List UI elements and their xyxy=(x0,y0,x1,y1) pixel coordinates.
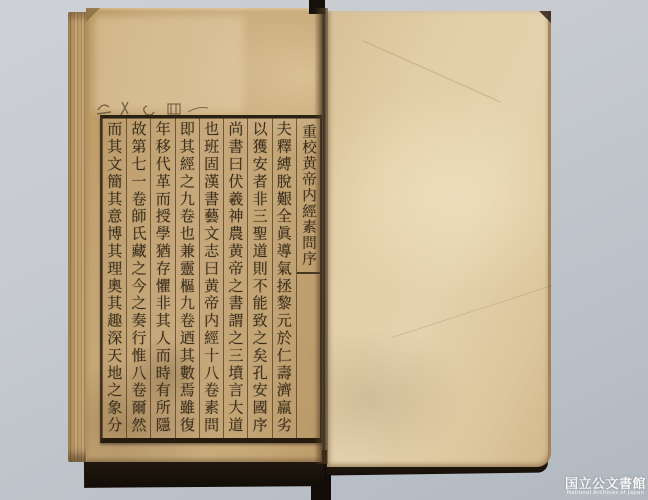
corner-fold xyxy=(86,8,100,22)
text-column: 也班固漢書藝文志曰黄帝内經十八卷素問 xyxy=(199,118,223,438)
archival-photo-background: 重校黄帝内經素問序 夫釋縛脫艱全眞導氣拯黎元於仁壽濟羸劣 以獲安者非三聖道則不能… xyxy=(0,0,648,500)
text-columns: 重校黄帝内經素問序 夫釋縛脫艱全眞導氣拯黎元於仁壽濟羸劣 以獲安者非三聖道則不能… xyxy=(102,118,320,438)
left-page: 重校黄帝内經素問序 夫釋縛脫艱全眞導氣拯黎元於仁壽濟羸劣 以獲安者非三聖道則不能… xyxy=(86,8,322,462)
woodblock-text-frame: 重校黄帝内經素問序 夫釋縛脫艱全眞導氣拯黎元於仁壽濟羸劣 以獲安者非三聖道則不能… xyxy=(100,115,322,443)
text-column: 尚書曰伏羲神農黄帝之書謂之三墳言大道 xyxy=(223,118,247,438)
text-column: 故第七一卷師氏藏之今之奏行惟八卷爾然 xyxy=(126,118,150,438)
archive-watermark: 国立公文書館 National Archives of Japan xyxy=(565,478,646,497)
right-page-blank xyxy=(327,11,551,467)
paper-crease xyxy=(391,285,553,338)
watermark-japanese-text: 国立公文書館 xyxy=(565,478,646,492)
text-column: 夫釋縛脫艱全眞導氣拯黎元於仁壽濟羸劣 xyxy=(272,118,296,438)
text-column: 即其經之九卷也兼靈樞九卷迺其數焉雖復 xyxy=(175,118,199,438)
cover-corner-notch xyxy=(539,11,551,23)
page-gutter-shadow xyxy=(314,8,328,464)
watermark-english-text: National Archives of Japan xyxy=(565,491,646,497)
text-column: 而其文簡其意博其理奧其趣深天地之象分 xyxy=(102,118,126,438)
text-column: 以獲安者非三聖道則不能致之矣孔安國序 xyxy=(247,118,271,438)
text-column: 年移代革而授學猶存懼非其人而時有所隱 xyxy=(150,118,174,438)
paper-crease xyxy=(363,41,500,103)
